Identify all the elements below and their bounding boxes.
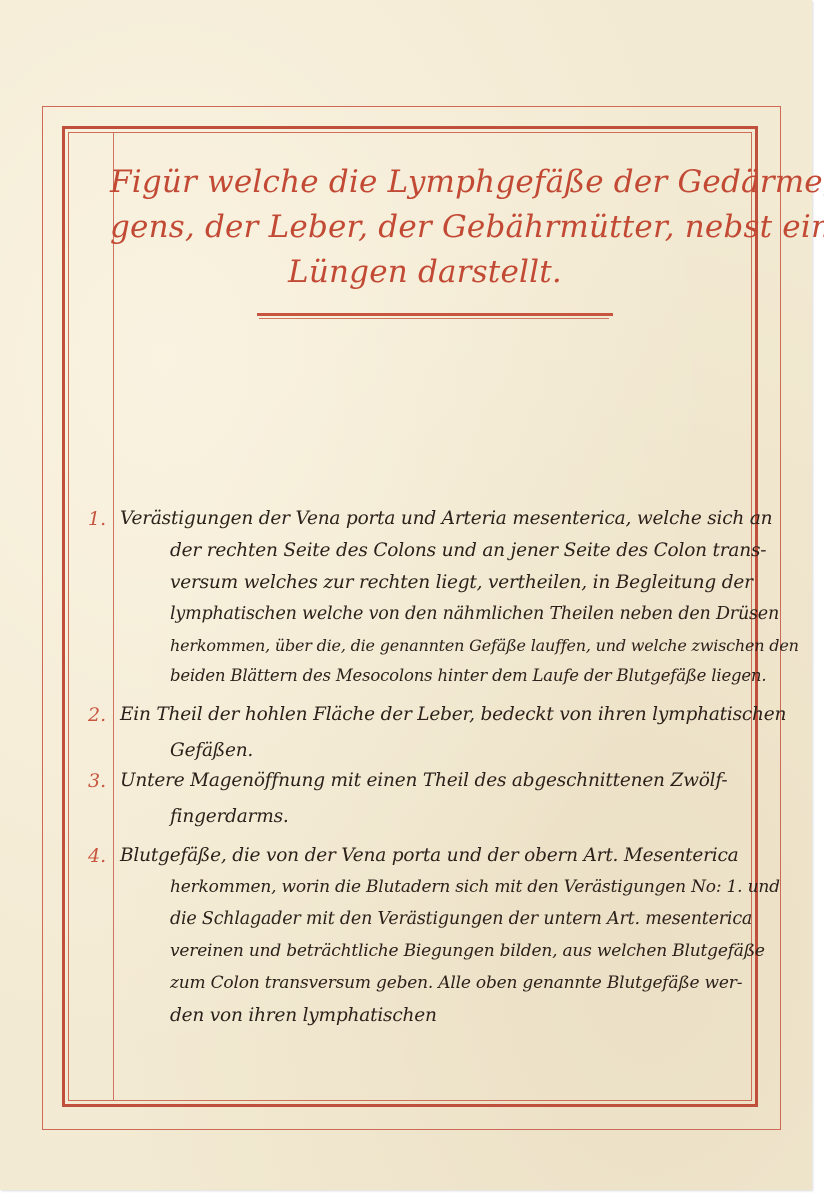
item-number: 3. — [88, 770, 110, 792]
item-line: Untere Magenöffnung mit einen Theil des … — [120, 770, 727, 791]
title-underline — [257, 313, 613, 316]
title-line-1: Figür welche die Lymphgefäße der Gedärme… — [110, 160, 740, 205]
item-line: fingerdarms. — [170, 806, 289, 827]
item-line: zum Colon transversum geben. Alle oben g… — [170, 973, 742, 993]
page-title: Figür welche die Lymphgefäße der Gedärme… — [110, 160, 740, 295]
item-line: herkommen, über die, die genannten Gefäß… — [170, 636, 799, 655]
manuscript-page: Figür welche die Lymphgefäße der Gedärme… — [0, 0, 812, 1190]
item-number: 1. — [88, 508, 110, 530]
item-line: beiden Blättern des Mesocolons hinter de… — [170, 666, 766, 685]
item-line: Verästigungen der Vena porta und Arteria… — [120, 508, 772, 529]
item-line: lymphatischen welche von den nähmlichen … — [170, 604, 779, 624]
item-number: 2. — [88, 704, 110, 726]
item-line: der rechten Seite des Colons und an jene… — [170, 540, 766, 561]
item-line: Ein Theil der hohlen Fläche der Leber, b… — [120, 704, 786, 725]
title-line-3: Lüngen darstellt. — [110, 250, 740, 295]
item-line: den von ihren lymphatischen — [170, 1005, 437, 1026]
title-line-2: gens, der Leber, der Gebährmütter, nebst… — [110, 205, 740, 250]
item-line: versum welches zur rechten liegt, verthe… — [170, 572, 753, 593]
item-line: Gefäßen. — [170, 740, 253, 761]
item-number: 4. — [88, 845, 110, 867]
item-line: die Schlagader mit den Verästigungen der… — [170, 909, 752, 929]
title-underline-secondary — [259, 318, 609, 319]
item-line: herkommen, worin die Blutadern sich mit … — [170, 877, 780, 897]
item-line: Blutgefäße, die von der Vena porta und d… — [120, 845, 739, 866]
item-line: vereinen und beträchtliche Biegungen bil… — [170, 941, 765, 961]
